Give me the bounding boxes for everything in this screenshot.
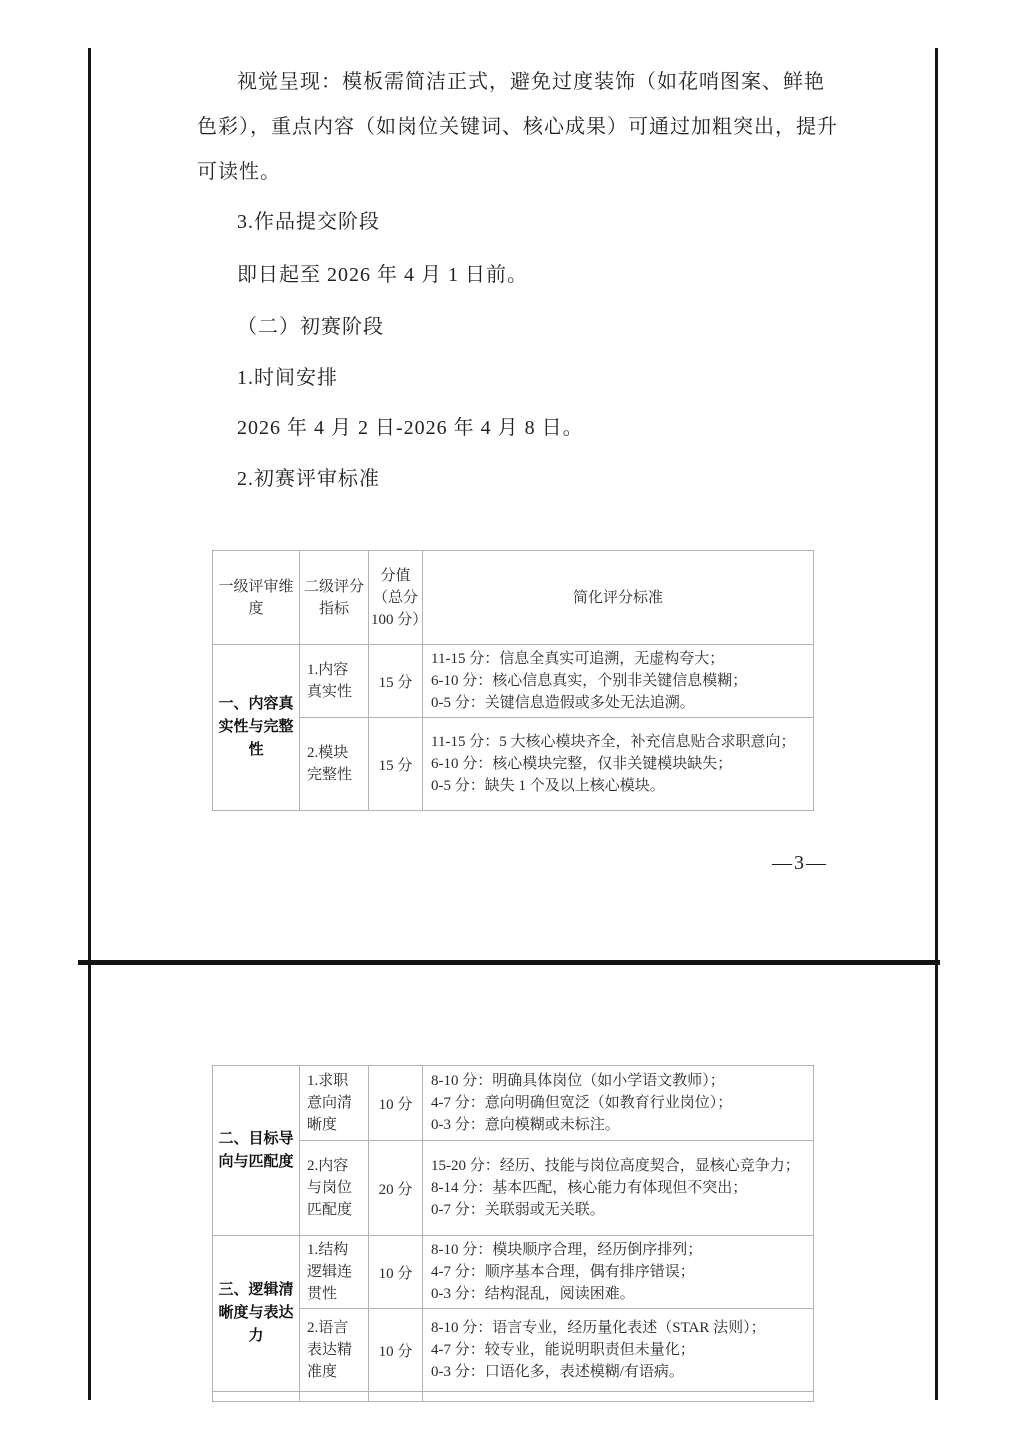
criteria-cell: 15-20 分：经历、技能与岗位高度契合，显核心竞争力；8-14 分：基本匹配，… bbox=[423, 1141, 814, 1236]
criteria-line: 0-3 分：结构混乱，阅读困难。 bbox=[431, 1283, 805, 1305]
body-line: （二）初赛阶段 bbox=[237, 315, 384, 339]
criteria-line: 0-5 分：关键信息造假或多处无法追溯。 bbox=[431, 692, 805, 714]
empty-cell bbox=[213, 1392, 300, 1402]
body-line: 3.作品提交阶段 bbox=[237, 210, 380, 234]
indicator-cell: 2.语言表达精准度 bbox=[300, 1309, 369, 1392]
dimension-cell: 二、目标导向与匹配度 bbox=[213, 1066, 300, 1236]
criteria-line: 4-7 分：较专业，能说明职责但未量化； bbox=[431, 1339, 805, 1361]
indicator-cell: 1.内容真实性 bbox=[300, 645, 369, 718]
criteria-cell: 8-10 分：模块顺序合理，经历倒序排列；4-7 分：顺序基本合理，偶有排序错误… bbox=[423, 1236, 814, 1309]
criteria-line: 8-10 分：语言专业，经历量化表述（STAR 法则）； bbox=[431, 1317, 805, 1339]
criteria-line: 0-5 分：缺失 1 个及以上核心模块。 bbox=[431, 775, 805, 797]
body-line: 2026 年 4 月 2 日-2026 年 4 月 8 日。 bbox=[237, 416, 584, 440]
criteria-cell: 8-10 分：语言专业，经历量化表述（STAR 法则）；4-7 分：较专业，能说… bbox=[423, 1309, 814, 1392]
score-cell: 10 分 bbox=[369, 1309, 423, 1392]
indicator-cell: 2.模块完整性 bbox=[300, 718, 369, 811]
criteria-line: 8-14 分：基本匹配，核心能力有体现但不突出； bbox=[431, 1177, 805, 1199]
criteria-line: 0-3 分：口语化多，表述模糊/有语病。 bbox=[431, 1361, 805, 1383]
score-cell: 10 分 bbox=[369, 1066, 423, 1141]
body-line: 2.初赛评审标准 bbox=[237, 467, 380, 491]
criteria-line: 4-7 分：意向明确但宽泛（如教育行业岗位）； bbox=[431, 1092, 805, 1114]
criteria-line: 8-10 分：明确具体岗位（如小学语文教师）； bbox=[431, 1070, 805, 1092]
criteria-line: 6-10 分：核心信息真实，个别非关键信息模糊； bbox=[431, 670, 805, 692]
body-line: 1.时间安排 bbox=[237, 366, 338, 390]
preliminary-evaluation-table: 一级评审维度二级评分指标分值（总分 100 分）简化评分标准一、内容真实性与完整… bbox=[212, 550, 814, 811]
indicator-cell: 1.结构逻辑连贯性 bbox=[300, 1236, 369, 1309]
page-number: —3— bbox=[772, 852, 828, 875]
column-header: 二级评分指标 bbox=[300, 551, 369, 645]
grid-table: 二、目标导向与匹配度1.求职意向清晰度10 分8-10 分：明确具体岗位（如小学… bbox=[212, 1065, 814, 1402]
empty-cell bbox=[300, 1392, 369, 1402]
empty-cell bbox=[423, 1392, 814, 1402]
body-line: 可读性。 bbox=[197, 160, 281, 184]
column-header: 简化评分标准 bbox=[423, 551, 814, 645]
column-header: 一级评审维度 bbox=[213, 551, 300, 645]
body-line: 色彩），重点内容（如岗位关键词、核心成果）可通过加粗突出，提升 bbox=[197, 115, 838, 139]
evaluation-table-continued: 二、目标导向与匹配度1.求职意向清晰度10 分8-10 分：明确具体岗位（如小学… bbox=[212, 1065, 814, 1402]
criteria-cell: 8-10 分：明确具体岗位（如小学语文教师）；4-7 分：意向明确但宽泛（如教育… bbox=[423, 1066, 814, 1141]
criteria-line: 11-15 分：信息全真实可追溯，无虚构夸大； bbox=[431, 648, 805, 670]
criteria-line: 0-3 分：意向模糊或未标注。 bbox=[431, 1114, 805, 1136]
criteria-line: 0-7 分：关联弱或无关联。 bbox=[431, 1199, 805, 1221]
criteria-line: 6-10 分：核心模块完整，仅非关键模块缺失； bbox=[431, 753, 805, 775]
dimension-cell: 一、内容真实性与完整性 bbox=[213, 645, 300, 811]
grid-table: 一级评审维度二级评分指标分值（总分 100 分）简化评分标准一、内容真实性与完整… bbox=[212, 550, 814, 811]
criteria-cell: 11-15 分：信息全真实可追溯，无虚构夸大；6-10 分：核心信息真实，个别非… bbox=[423, 645, 814, 718]
criteria-line: 11-15 分：5 大核心模块齐全，补充信息贴合求职意向； bbox=[431, 731, 805, 753]
score-cell: 15 分 bbox=[369, 645, 423, 718]
empty-cell bbox=[369, 1392, 423, 1402]
indicator-cell: 1.求职意向清晰度 bbox=[300, 1066, 369, 1141]
column-header: 分值（总分 100 分） bbox=[369, 551, 423, 645]
criteria-line: 15-20 分：经历、技能与岗位高度契合，显核心竞争力； bbox=[431, 1155, 805, 1177]
body-line: 即日起至 2026 年 4 月 1 日前。 bbox=[237, 263, 528, 287]
criteria-line: 8-10 分：模块顺序合理，经历倒序排列； bbox=[431, 1239, 805, 1261]
page-1-frame bbox=[88, 48, 938, 960]
score-cell: 10 分 bbox=[369, 1236, 423, 1309]
body-line: 视觉呈现：模板需简洁正式，避免过度装饰（如花哨图案、鲜艳 bbox=[237, 70, 825, 94]
dimension-cell: 三、逻辑清晰度与表达力 bbox=[213, 1236, 300, 1392]
score-cell: 20 分 bbox=[369, 1141, 423, 1236]
score-cell: 15 分 bbox=[369, 718, 423, 811]
criteria-line: 4-7 分：顺序基本合理，偶有排序错误； bbox=[431, 1261, 805, 1283]
indicator-cell: 2.内容与岗位匹配度 bbox=[300, 1141, 369, 1236]
criteria-cell: 11-15 分：5 大核心模块齐全，补充信息贴合求职意向；6-10 分：核心模块… bbox=[423, 718, 814, 811]
